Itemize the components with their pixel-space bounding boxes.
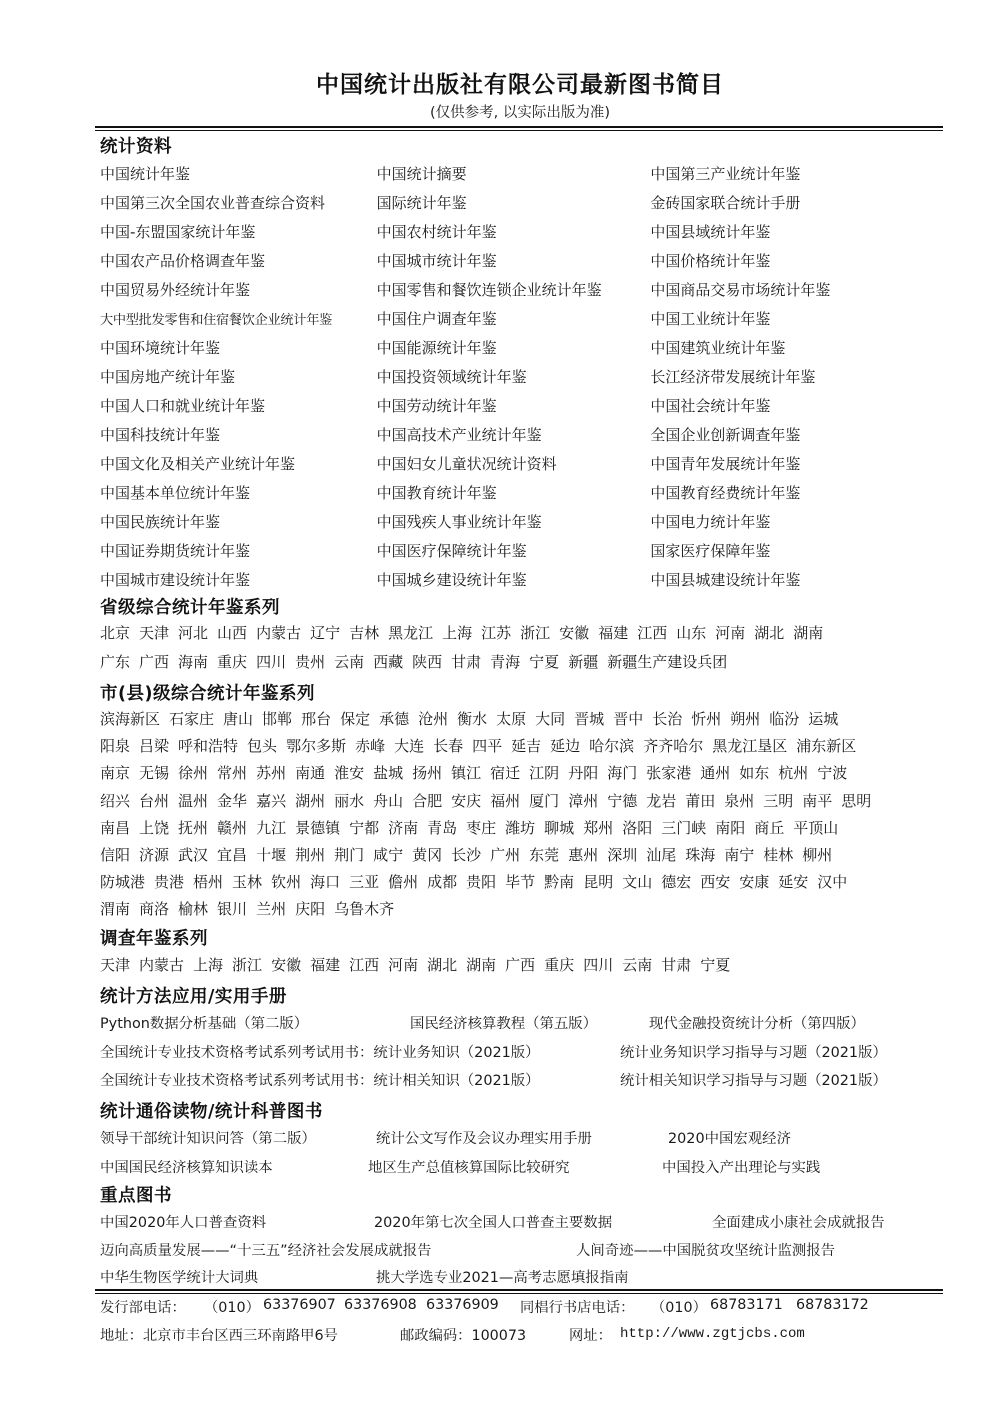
list-row: 中国环境统计年鉴中国能源统计年鉴中国建筑业统计年鉴 xyxy=(100,333,940,362)
region-item: 梧州 xyxy=(193,871,223,892)
region-item: 德宏 xyxy=(661,871,691,892)
region-item: 荆州 xyxy=(295,844,325,865)
book-item: 全国企业创新调查年鉴 xyxy=(650,424,940,445)
book-item: 中国第三次全国农业普查综合资料 xyxy=(100,192,377,213)
book-item: 中国教育统计年鉴 xyxy=(377,482,651,503)
book-item: 中国价格统计年鉴 xyxy=(650,250,940,271)
book-item: 全国统计专业技术资格考试系列考试用书：统计相关知识（2021版） xyxy=(100,1069,540,1090)
book-item: 全面建成小康社会成就报告 xyxy=(712,1211,885,1232)
region-item: 渭南 xyxy=(100,898,130,919)
region-item: 贵州 xyxy=(295,651,325,672)
region-item: 浙江 xyxy=(520,622,550,643)
book-item: 2020年第七次全国人口普查主要数据 xyxy=(374,1211,612,1232)
region-item: 丹阳 xyxy=(568,762,598,783)
region-item: 安徽 xyxy=(271,954,301,975)
region-item: 温州 xyxy=(178,790,208,811)
region-item: 十堰 xyxy=(256,844,286,865)
region-item: 商丘 xyxy=(754,817,784,838)
book-item: 中国零售和餐饮连锁企业统计年鉴 xyxy=(377,279,651,300)
region-item: 丽水 xyxy=(334,790,364,811)
region-item: 赤峰 xyxy=(355,735,385,756)
list-row: 中国民族统计年鉴中国残疾人事业统计年鉴中国电力统计年鉴 xyxy=(100,507,940,536)
region-item: 张家港 xyxy=(646,762,691,783)
region-item: 成都 xyxy=(427,871,457,892)
region-item: 防城港 xyxy=(100,871,145,892)
book-item: 中国教育经费统计年鉴 xyxy=(650,482,940,503)
section-heading-provincial: 省级综合统计年鉴系列 xyxy=(100,594,280,619)
region-item: 珠海 xyxy=(685,844,715,865)
region-item: 江苏 xyxy=(481,622,511,643)
region-item: 辽宁 xyxy=(310,622,340,643)
region-item: 咸宁 xyxy=(373,844,403,865)
statistical-data-list: 中国统计年鉴中国统计摘要中国第三产业统计年鉴中国第三次全国农业普查综合资料国际统… xyxy=(100,159,940,594)
region-item: 汕尾 xyxy=(646,844,676,865)
region-item: 北京 xyxy=(100,622,130,643)
region-item: 昆明 xyxy=(583,871,613,892)
list-row: 绍兴台州温州金华嘉兴湖州丽水舟山合肥安庆福州厦门漳州宁德龙岩莆田泉州三明南平思明 xyxy=(100,787,950,814)
book-item: 中国第三产业统计年鉴 xyxy=(650,163,940,184)
book-item: 中国统计年鉴 xyxy=(100,163,377,184)
region-item: 东莞 xyxy=(529,844,559,865)
list-row: 中国科技统计年鉴中国高技术产业统计年鉴全国企业创新调查年鉴 xyxy=(100,420,940,449)
book-item: 长江经济带发展统计年鉴 xyxy=(650,366,940,387)
region-item: 宁都 xyxy=(349,817,379,838)
book-item: 中国房地产统计年鉴 xyxy=(100,366,377,387)
list-row: 中国证券期货统计年鉴中国医疗保障统计年鉴国家医疗保障年鉴 xyxy=(100,536,940,565)
book-item: 中国住户调查年鉴 xyxy=(377,308,651,329)
region-item: 广西 xyxy=(505,954,535,975)
region-item: 思明 xyxy=(841,790,871,811)
distribution-label: 发行部电话： xyxy=(100,1297,186,1317)
region-item: 长春 xyxy=(433,735,463,756)
book-item: 中国社会统计年鉴 xyxy=(650,395,940,416)
region-item: 毕节 xyxy=(505,871,535,892)
book-item: 中国劳动统计年鉴 xyxy=(377,395,651,416)
region-item: 唐山 xyxy=(223,708,253,729)
book-item: 领导干部统计知识问答（第二版） xyxy=(100,1127,316,1148)
list-row: 防城港贵港梧州玉林钦州海口三亚儋州成都贵阳毕节黔南昆明文山德宏西安安康延安汉中 xyxy=(100,868,950,895)
region-item: 淮安 xyxy=(334,762,364,783)
region-item: 南宁 xyxy=(724,844,754,865)
region-item: 长沙 xyxy=(451,844,481,865)
region-item: 吕梁 xyxy=(139,735,169,756)
region-item: 深圳 xyxy=(607,844,637,865)
region-item: 吉林 xyxy=(349,622,379,643)
region-item: 贵港 xyxy=(154,871,184,892)
book-item: 中国青年发展统计年鉴 xyxy=(650,453,940,474)
region-item: 台州 xyxy=(139,790,169,811)
book-item: 人间奇迹——中国脱贫攻坚统计监测报告 xyxy=(576,1239,835,1260)
postcode: 邮政编码：100073 xyxy=(400,1325,526,1345)
region-item: 广州 xyxy=(490,844,520,865)
book-item: 中国商品交易市场统计年鉴 xyxy=(650,279,940,300)
region-item: 宁德 xyxy=(607,790,637,811)
region-item: 重庆 xyxy=(217,651,247,672)
book-item: 国际统计年鉴 xyxy=(377,192,651,213)
page-title: 中国统计出版社有限公司最新图书简目 xyxy=(0,66,1000,99)
address: 地址：北京市丰台区西三环南路甲6号 xyxy=(100,1325,338,1345)
region-item: 抚州 xyxy=(178,817,208,838)
book-item: 中国统计摘要 xyxy=(377,163,651,184)
region-item: 邢台 xyxy=(301,708,331,729)
region-item: 儋州 xyxy=(388,871,418,892)
website-label: 网址： xyxy=(569,1325,612,1345)
list-row: 中国人口和就业统计年鉴中国劳动统计年鉴中国社会统计年鉴 xyxy=(100,391,940,420)
region-item: 海口 xyxy=(310,871,340,892)
book-item: 中国县域统计年鉴 xyxy=(650,221,940,242)
region-item: 南昌 xyxy=(100,817,130,838)
region-item: 海南 xyxy=(178,651,208,672)
book-item: 中国能源统计年鉴 xyxy=(377,337,651,358)
book-item: 地区生产总值核算国际比较研究 xyxy=(368,1156,569,1177)
book-item: 中国证券期货统计年鉴 xyxy=(100,540,377,561)
list-row: 广东广西海南重庆四川贵州云南西藏陕西甘肃青海宁夏新疆新疆生产建设兵团 xyxy=(100,648,950,675)
region-item: 惠州 xyxy=(568,844,598,865)
region-item: 上海 xyxy=(442,622,472,643)
region-item: 鄂尔多斯 xyxy=(286,735,346,756)
region-item: 晋城 xyxy=(574,708,604,729)
region-item: 山西 xyxy=(217,622,247,643)
region-item: 衡水 xyxy=(457,708,487,729)
region-item: 莆田 xyxy=(685,790,715,811)
region-item: 徐州 xyxy=(178,762,208,783)
region-item: 河南 xyxy=(715,622,745,643)
region-item: 石家庄 xyxy=(169,708,214,729)
region-item: 内蒙古 xyxy=(139,954,184,975)
region-item: 三亚 xyxy=(349,871,379,892)
region-item: 延安 xyxy=(778,871,808,892)
region-item: 忻州 xyxy=(691,708,721,729)
book-item: 全国统计专业技术资格考试系列考试用书：统计业务知识（2021版） xyxy=(100,1041,540,1062)
phone-number: 63376909 xyxy=(426,1297,499,1313)
region-item: 西安 xyxy=(700,871,730,892)
region-item: 长治 xyxy=(652,708,682,729)
region-item: 福建 xyxy=(310,954,340,975)
region-item: 三明 xyxy=(763,790,793,811)
region-item: 黑龙江垦区 xyxy=(712,735,787,756)
region-item: 大连 xyxy=(394,735,424,756)
region-item: 文山 xyxy=(622,871,652,892)
book-item: 中国城乡建设统计年鉴 xyxy=(377,569,651,590)
region-item: 运城 xyxy=(808,708,838,729)
region-item: 平顶山 xyxy=(793,817,838,838)
list-row: 中国农产品价格调查年鉴中国城市统计年鉴中国价格统计年鉴 xyxy=(100,246,940,275)
book-item: 中国国民经济核算知识读本 xyxy=(100,1156,273,1177)
region-item: 景德镇 xyxy=(295,817,340,838)
region-item: 广东 xyxy=(100,651,130,672)
region-item: 哈尔滨 xyxy=(589,735,634,756)
region-item: 四平 xyxy=(472,735,502,756)
region-item: 甘肃 xyxy=(451,651,481,672)
region-item: 兰州 xyxy=(256,898,286,919)
bookstore-area-code: （010） xyxy=(651,1297,707,1317)
region-item: 上饶 xyxy=(139,817,169,838)
book-item: 中国城市建设统计年鉴 xyxy=(100,569,377,590)
book-item: 金砖国家联合统计手册 xyxy=(650,192,940,213)
list-row: 中国第三次全国农业普查综合资料国际统计年鉴金砖国家联合统计手册 xyxy=(100,188,940,217)
region-item: 甘肃 xyxy=(661,954,691,975)
region-item: 宜昌 xyxy=(217,844,247,865)
list-row: 南昌上饶抚州赣州九江景德镇宁都济南青岛枣庄潍坊聊城郑州洛阳三门峡南阳商丘平顶山 xyxy=(100,814,950,841)
book-item: 中国基本单位统计年鉴 xyxy=(100,482,377,503)
book-item: 中国民族统计年鉴 xyxy=(100,511,377,532)
list-row: 阳泉吕梁呼和浩特包头鄂尔多斯赤峰大连长春四平延吉延边哈尔滨齐齐哈尔黑龙江垦区浦东… xyxy=(100,732,950,759)
region-item: 江西 xyxy=(637,622,667,643)
region-item: 常州 xyxy=(217,762,247,783)
section-heading-popular: 统计通俗读物/统计科普图书 xyxy=(100,1098,323,1123)
region-item: 浙江 xyxy=(232,954,262,975)
list-row: 北京天津河北山西内蒙古辽宁吉林黑龙江上海江苏浙江安徽福建江西山东河南湖北湖南 xyxy=(100,619,950,646)
region-item: 河南 xyxy=(388,954,418,975)
region-item: 厦门 xyxy=(529,790,559,811)
list-row: 滨海新区石家庄唐山邯郸邢台保定承德沧州衡水太原大同晋城晋中长治忻州朔州临汾运城 xyxy=(100,705,950,732)
region-item: 商洛 xyxy=(139,898,169,919)
book-item: 国民经济核算教程（第五版） xyxy=(410,1012,597,1033)
region-item: 天津 xyxy=(100,954,130,975)
section-heading-survey: 调查年鉴系列 xyxy=(100,925,208,950)
region-item: 舟山 xyxy=(373,790,403,811)
region-item: 晋中 xyxy=(613,708,643,729)
region-item: 延吉 xyxy=(511,735,541,756)
region-item: 九江 xyxy=(256,817,286,838)
region-item: 龙岩 xyxy=(646,790,676,811)
region-item: 广西 xyxy=(139,651,169,672)
region-item: 安庆 xyxy=(451,790,481,811)
region-item: 新疆 xyxy=(568,651,598,672)
region-item: 钦州 xyxy=(271,871,301,892)
region-item: 南平 xyxy=(802,790,832,811)
book-item: 中国残疾人事业统计年鉴 xyxy=(377,511,651,532)
region-item: 齐齐哈尔 xyxy=(643,735,703,756)
book-item: 中国文化及相关产业统计年鉴 xyxy=(100,453,377,474)
book-item: 中国投入产出理论与实践 xyxy=(662,1156,820,1177)
region-item: 大同 xyxy=(535,708,565,729)
book-item: 2020中国宏观经济 xyxy=(668,1127,791,1148)
list-row: 信阳济源武汉宜昌十堰荆州荆门咸宁黄冈长沙广州东莞惠州深圳汕尾珠海南宁桂林柳州 xyxy=(100,841,950,868)
region-item: 呼和浩特 xyxy=(178,735,238,756)
section-heading-statistical-data: 统计资料 xyxy=(100,133,172,158)
phone-number: 63376908 xyxy=(344,1297,417,1313)
list-row: 中国房地产统计年鉴中国投资领域统计年鉴长江经济带发展统计年鉴 xyxy=(100,362,940,391)
book-catalog-page: 中国统计出版社有限公司最新图书简目 (仅供参考, 以实际出版为准) 统计资料 中… xyxy=(0,0,1000,1414)
section-heading-city: 市(县)级综合统计年鉴系列 xyxy=(100,680,315,705)
region-item: 新疆生产建设兵团 xyxy=(607,651,727,672)
region-item: 柳州 xyxy=(802,844,832,865)
region-item: 河北 xyxy=(178,622,208,643)
header-divider xyxy=(95,126,943,131)
list-row: 大中型批发零售和住宿餐饮企业统计年鉴中国住户调查年鉴中国工业统计年鉴 xyxy=(100,304,940,333)
list-row: 中国贸易外经统计年鉴中国零售和餐饮连锁企业统计年鉴中国商品交易市场统计年鉴 xyxy=(100,275,940,304)
region-item: 青岛 xyxy=(427,817,457,838)
phone-number: 63376907 xyxy=(263,1297,336,1313)
region-item: 福州 xyxy=(490,790,520,811)
book-item: 统计业务知识学习指导与习题（2021版） xyxy=(620,1041,887,1062)
book-item: 中国-东盟国家统计年鉴 xyxy=(100,221,377,242)
book-item: 中国科技统计年鉴 xyxy=(100,424,377,445)
book-item: 中国高技术产业统计年鉴 xyxy=(377,424,651,445)
region-item: 福建 xyxy=(598,622,628,643)
region-item: 嘉兴 xyxy=(256,790,286,811)
book-item: 中国工业统计年鉴 xyxy=(650,308,940,329)
region-item: 苏州 xyxy=(256,762,286,783)
region-item: 济南 xyxy=(388,817,418,838)
region-item: 湖州 xyxy=(295,790,325,811)
list-row: 中国基本单位统计年鉴中国教育统计年鉴中国教育经费统计年鉴 xyxy=(100,478,940,507)
region-item: 泉州 xyxy=(724,790,754,811)
region-item: 枣庄 xyxy=(466,817,496,838)
book-item: 中国城市统计年鉴 xyxy=(377,250,651,271)
region-item: 宁夏 xyxy=(529,651,559,672)
list-row: 中国文化及相关产业统计年鉴中国妇女儿童状况统计资料中国青年发展统计年鉴 xyxy=(100,449,940,478)
region-item: 潍坊 xyxy=(505,817,535,838)
region-item: 包头 xyxy=(247,735,277,756)
book-item: 中国投资领域统计年鉴 xyxy=(377,366,651,387)
book-item: 中国农村统计年鉴 xyxy=(377,221,651,242)
region-item: 云南 xyxy=(622,954,652,975)
region-item: 山东 xyxy=(676,622,706,643)
region-item: 漳州 xyxy=(568,790,598,811)
region-item: 洛阳 xyxy=(622,817,652,838)
phone-number: 68783172 xyxy=(796,1297,869,1313)
book-item: 国家医疗保障年鉴 xyxy=(650,540,940,561)
distribution-area-code: （010） xyxy=(204,1297,260,1317)
book-item: 统计相关知识学习指导与习题（2021版） xyxy=(620,1069,887,1090)
region-item: 南通 xyxy=(295,762,325,783)
region-item: 无锡 xyxy=(139,762,169,783)
region-item: 延边 xyxy=(550,735,580,756)
region-item: 黄冈 xyxy=(412,844,442,865)
book-item: 现代金融投资统计分析（第四版） xyxy=(649,1012,865,1033)
list-row: 天津内蒙古上海浙江安徽福建江西河南湖北湖南广西重庆四川云南甘肃宁夏 xyxy=(100,951,950,978)
region-item: 重庆 xyxy=(544,954,574,975)
region-item: 湖南 xyxy=(793,622,823,643)
region-item: 内蒙古 xyxy=(256,622,301,643)
region-item: 阳泉 xyxy=(100,735,130,756)
region-item: 江西 xyxy=(349,954,379,975)
section-heading-methods: 统计方法应用/实用手册 xyxy=(100,983,287,1008)
region-item: 湖南 xyxy=(466,954,496,975)
region-item: 四川 xyxy=(256,651,286,672)
region-item: 扬州 xyxy=(412,762,442,783)
region-item: 三门峡 xyxy=(661,817,706,838)
region-item: 银川 xyxy=(217,898,247,919)
region-item: 上海 xyxy=(193,954,223,975)
region-item: 陕西 xyxy=(412,651,442,672)
region-item: 南阳 xyxy=(715,817,745,838)
bookstore-label: 同椙行书店电话： xyxy=(520,1297,634,1317)
region-item: 海门 xyxy=(607,762,637,783)
region-item: 玉林 xyxy=(232,871,262,892)
region-item: 承德 xyxy=(379,708,409,729)
region-item: 镇江 xyxy=(451,762,481,783)
region-item: 榆林 xyxy=(178,898,208,919)
region-item: 四川 xyxy=(583,954,613,975)
page-subtitle: (仅供参考, 以实际出版为准) xyxy=(0,101,1000,122)
book-item: 大中型批发零售和住宿餐饮企业统计年鉴 xyxy=(100,309,377,328)
book-item: 中国电力统计年鉴 xyxy=(650,511,940,532)
region-item: 天津 xyxy=(139,622,169,643)
list-row: 渭南商洛榆林银川兰州庆阳乌鲁木齐 xyxy=(100,895,950,922)
book-item: 中国建筑业统计年鉴 xyxy=(650,337,940,358)
list-row: 中国-东盟国家统计年鉴中国农村统计年鉴中国县域统计年鉴 xyxy=(100,217,940,246)
region-item: 武汉 xyxy=(178,844,208,865)
region-item: 如东 xyxy=(739,762,769,783)
book-item: 中国妇女儿童状况统计资料 xyxy=(377,453,651,474)
region-item: 安徽 xyxy=(559,622,589,643)
footer-divider xyxy=(95,1289,943,1294)
region-item: 云南 xyxy=(334,651,364,672)
list-row: 南京无锡徐州常州苏州南通淮安盐城扬州镇江宿迁江阴丹阳海门张家港通州如东杭州宁波 xyxy=(100,759,950,786)
region-item: 江阴 xyxy=(529,762,559,783)
region-item: 宿迁 xyxy=(490,762,520,783)
region-item: 济源 xyxy=(139,844,169,865)
region-item: 湖北 xyxy=(427,954,457,975)
region-item: 盐城 xyxy=(373,762,403,783)
book-item: 中华生物医学统计大词典 xyxy=(100,1266,258,1287)
region-item: 安康 xyxy=(739,871,769,892)
region-item: 合肥 xyxy=(412,790,442,811)
book-item: 中国农产品价格调查年鉴 xyxy=(100,250,377,271)
region-item: 临汾 xyxy=(769,708,799,729)
region-item: 青海 xyxy=(490,651,520,672)
phone-number: 68783171 xyxy=(710,1297,783,1313)
book-item: 中国县城建设统计年鉴 xyxy=(650,569,940,590)
book-item: 中国2020年人口普查资料 xyxy=(100,1211,266,1232)
region-item: 绍兴 xyxy=(100,790,130,811)
region-item: 保定 xyxy=(340,708,370,729)
region-item: 聊城 xyxy=(544,817,574,838)
region-item: 宁夏 xyxy=(700,954,730,975)
region-item: 黑龙江 xyxy=(388,622,433,643)
book-item: 中国人口和就业统计年鉴 xyxy=(100,395,377,416)
region-item: 沧州 xyxy=(418,708,448,729)
region-item: 西藏 xyxy=(373,651,403,672)
region-item: 荆门 xyxy=(334,844,364,865)
book-item: 中国环境统计年鉴 xyxy=(100,337,377,358)
region-item: 杭州 xyxy=(778,762,808,783)
book-item: Python数据分析基础（第二版） xyxy=(100,1012,308,1033)
book-item: 统计公文写作及会议办理实用手册 xyxy=(376,1127,592,1148)
region-item: 汉中 xyxy=(817,871,847,892)
region-item: 庆阳 xyxy=(295,898,325,919)
region-item: 湖北 xyxy=(754,622,784,643)
region-item: 桂林 xyxy=(763,844,793,865)
region-item: 太原 xyxy=(496,708,526,729)
book-item: 中国贸易外经统计年鉴 xyxy=(100,279,377,300)
region-item: 滨海新区 xyxy=(100,708,160,729)
region-item: 贵阳 xyxy=(466,871,496,892)
section-heading-featured: 重点图书 xyxy=(100,1182,172,1207)
region-item: 宁波 xyxy=(817,762,847,783)
book-item: 中国医疗保障统计年鉴 xyxy=(377,540,651,561)
region-item: 朔州 xyxy=(730,708,760,729)
region-item: 郑州 xyxy=(583,817,613,838)
region-item: 乌鲁木齐 xyxy=(334,898,394,919)
website-link[interactable]: http://www.zgtjcbs.com xyxy=(620,1326,805,1342)
region-item: 南京 xyxy=(100,762,130,783)
region-item: 邯郸 xyxy=(262,708,292,729)
book-item: 挑大学选专业2021—高考志愿填报指南 xyxy=(376,1266,628,1287)
region-item: 金华 xyxy=(217,790,247,811)
book-item: 迈向高质量发展——“十三五”经济社会发展成就报告 xyxy=(100,1239,432,1260)
region-item: 赣州 xyxy=(217,817,247,838)
list-row: 中国城市建设统计年鉴中国城乡建设统计年鉴中国县城建设统计年鉴 xyxy=(100,565,940,594)
region-item: 通州 xyxy=(700,762,730,783)
region-item: 信阳 xyxy=(100,844,130,865)
region-item: 浦东新区 xyxy=(796,735,856,756)
region-item: 黔南 xyxy=(544,871,574,892)
list-row: 中国统计年鉴中国统计摘要中国第三产业统计年鉴 xyxy=(100,159,940,188)
